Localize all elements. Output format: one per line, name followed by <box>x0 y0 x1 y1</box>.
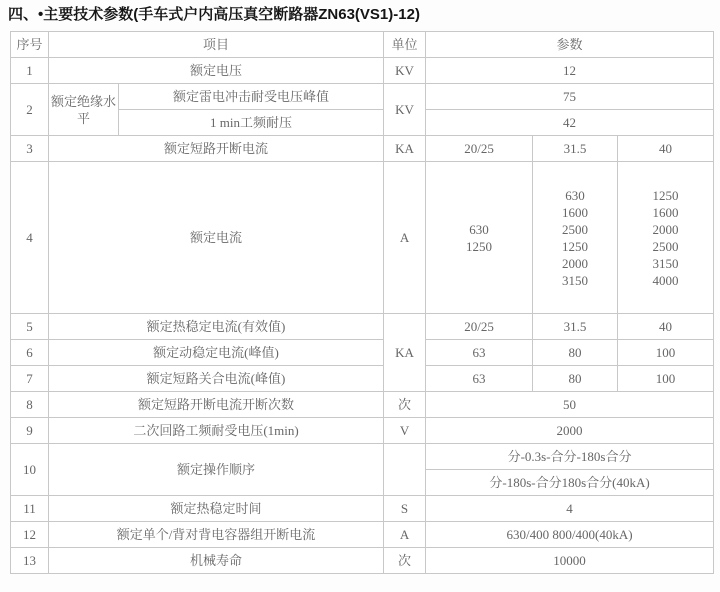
row-3-value-3: 40 <box>618 136 714 162</box>
row-8-item: 额定短路开断电流开断次数 <box>49 392 384 418</box>
row-12-unit: A <box>384 522 426 548</box>
row-7-no: 7 <box>11 366 49 392</box>
page: 四、•主要技术参数(手车式户内高压真空断路器ZN63(VS1)-12) 序号 项… <box>0 0 720 592</box>
row-2-no: 2 <box>11 84 49 136</box>
row-5-no: 5 <box>11 314 49 340</box>
row-11-value: 4 <box>426 496 714 522</box>
row-1-no: 1 <box>11 58 49 84</box>
row-13: 13 机械寿命 次 10000 <box>11 548 714 574</box>
row-6-value-3: 100 <box>618 340 714 366</box>
row-10-item: 额定操作顺序 <box>49 444 384 496</box>
row-10-no: 10 <box>11 444 49 496</box>
row-11-item: 额定热稳定时间 <box>49 496 384 522</box>
row-2-sub1-item: 额定雷电冲击耐受电压峰值 <box>119 84 384 110</box>
row-4-no: 4 <box>11 162 49 314</box>
row-1: 1 额定电压 KV 12 <box>11 58 714 84</box>
row-4-unit: A <box>384 162 426 314</box>
row-6-value-1: 63 <box>426 340 533 366</box>
row-5: 5 额定热稳定电流(有效值) KA 20/25 31.5 40 <box>11 314 714 340</box>
row-6: 6 额定动稳定电流(峰值) 63 80 100 <box>11 340 714 366</box>
header-item: 项目 <box>49 32 384 58</box>
row-4-current-col1: 630 1250 <box>426 162 533 314</box>
row-10-value-1: 分-0.3s-合分-180s合分 <box>426 444 714 470</box>
row-11-no: 11 <box>11 496 49 522</box>
row-7-value-2: 80 <box>533 366 618 392</box>
row-5-value-1: 20/25 <box>426 314 533 340</box>
row-13-no: 13 <box>11 548 49 574</box>
row-9-no: 9 <box>11 418 49 444</box>
row-5-value-2: 31.5 <box>533 314 618 340</box>
header-unit: 单位 <box>384 32 426 58</box>
row-11-unit: S <box>384 496 426 522</box>
row-2-unit: KV <box>384 84 426 136</box>
row-9-unit: V <box>384 418 426 444</box>
spec-table: 序号 项目 单位 参数 1 额定电压 KV 12 2 额定绝缘水平 额定雷电冲击… <box>10 31 714 574</box>
row-6-no: 6 <box>11 340 49 366</box>
row-2-sub2-item: 1 min工频耐压 <box>119 110 384 136</box>
row-8-no: 8 <box>11 392 49 418</box>
row-13-unit: 次 <box>384 548 426 574</box>
header-seq: 序号 <box>11 32 49 58</box>
row-3: 3 额定短路开断电流 KA 20/25 31.5 40 <box>11 136 714 162</box>
row-12-value: 630/400 800/400(40kA) <box>426 522 714 548</box>
row-7-value-3: 100 <box>618 366 714 392</box>
row-3-item: 额定短路开断电流 <box>49 136 384 162</box>
row-10-unit <box>384 444 426 496</box>
row-2-group: 额定绝缘水平 <box>49 84 119 136</box>
row-6-item: 额定动稳定电流(峰值) <box>49 340 384 366</box>
row-3-value-1: 20/25 <box>426 136 533 162</box>
row-10-value-2: 分-180s-合分180s合分(40kA) <box>426 470 714 496</box>
page-title: 四、•主要技术参数(手车式户内高压真空断路器ZN63(VS1)-12) <box>8 6 713 23</box>
row-5-item: 额定热稳定电流(有效值) <box>49 314 384 340</box>
row-7-value-1: 63 <box>426 366 533 392</box>
header-row: 序号 项目 单位 参数 <box>11 32 714 58</box>
row-13-item: 机械寿命 <box>49 548 384 574</box>
header-parameter: 参数 <box>426 32 714 58</box>
row-12: 12 额定单个/背对背电容器组开断电流 A 630/400 800/400(40… <box>11 522 714 548</box>
row-8-value: 50 <box>426 392 714 418</box>
row-7-item: 额定短路关合电流(峰值) <box>49 366 384 392</box>
row-5-unit: KA <box>384 314 426 392</box>
row-1-item: 额定电压 <box>49 58 384 84</box>
row-4-item: 额定电流 <box>49 162 384 314</box>
row-7: 7 额定短路关合电流(峰值) 63 80 100 <box>11 366 714 392</box>
row-13-value: 10000 <box>426 548 714 574</box>
row-9-item: 二次回路工频耐受电压(1min) <box>49 418 384 444</box>
row-2-sub2-value: 42 <box>426 110 714 136</box>
row-9: 9 二次回路工频耐受电压(1min) V 2000 <box>11 418 714 444</box>
row-4: 4 额定电流 A 630 1250 630 1600 2500 1250 200… <box>11 162 714 314</box>
row-10a: 10 额定操作顺序 分-0.3s-合分-180s合分 <box>11 444 714 470</box>
row-12-no: 12 <box>11 522 49 548</box>
row-4-current-col3: 1250 1600 2000 2500 3150 4000 <box>618 162 714 314</box>
row-3-unit: KA <box>384 136 426 162</box>
row-4-current-col2: 630 1600 2500 1250 2000 3150 <box>533 162 618 314</box>
row-5-value-3: 40 <box>618 314 714 340</box>
row-11: 11 额定热稳定时间 S 4 <box>11 496 714 522</box>
row-3-value-2: 31.5 <box>533 136 618 162</box>
row-6-value-2: 80 <box>533 340 618 366</box>
row-1-value: 12 <box>426 58 714 84</box>
row-12-item: 额定单个/背对背电容器组开断电流 <box>49 522 384 548</box>
row-8-unit: 次 <box>384 392 426 418</box>
row-9-value: 2000 <box>426 418 714 444</box>
row-1-unit: KV <box>384 58 426 84</box>
row-8: 8 额定短路开断电流开断次数 次 50 <box>11 392 714 418</box>
row-3-no: 3 <box>11 136 49 162</box>
row-2a: 2 额定绝缘水平 额定雷电冲击耐受电压峰值 KV 75 <box>11 84 714 110</box>
row-2-sub1-value: 75 <box>426 84 714 110</box>
